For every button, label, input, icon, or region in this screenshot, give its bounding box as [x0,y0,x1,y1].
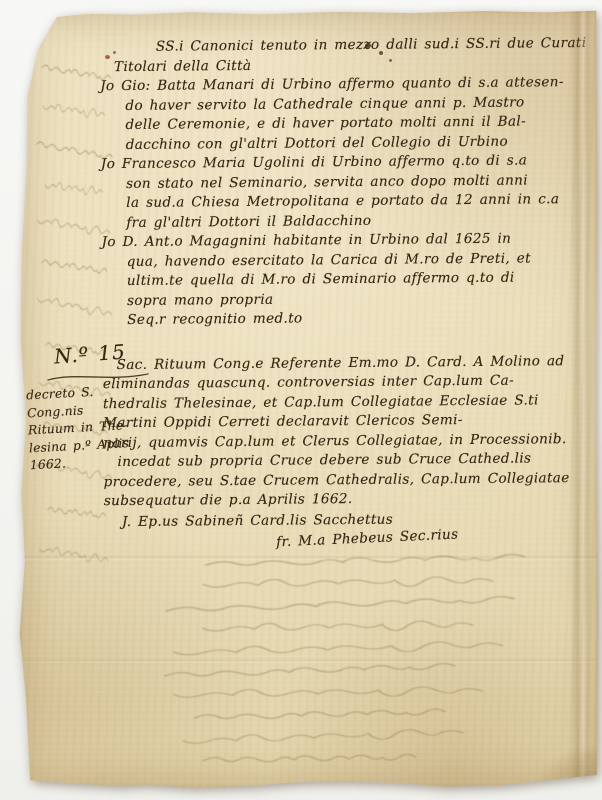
manuscript-text-block: SS.i Canonici tenuto in mezzo dalli sud.… [100,34,602,552]
paper-shadow-wrap: SS.i Canonici tenuto in mezzo dalli sud.… [0,0,602,800]
bleed-through-bottom [58,550,558,780]
manuscript-line: Seq.r recognitio med.to [102,307,602,331]
manuscript-paper: SS.i Canonici tenuto in mezzo dalli sud.… [18,10,598,789]
margin-number: N.º 15 [53,340,126,369]
latin-decree-block: Sac. Rituum Cong.e Referente Em.mo D. Ca… [103,351,602,511]
scanned-manuscript-page: SS.i Canonici tenuto in mezzo dalli sud.… [0,0,602,800]
corner-curl-shading [528,743,598,789]
margin-note: decreto S. Cong.nis Rituum in The- lesin… [26,381,158,475]
horizontal-crease [18,658,598,664]
